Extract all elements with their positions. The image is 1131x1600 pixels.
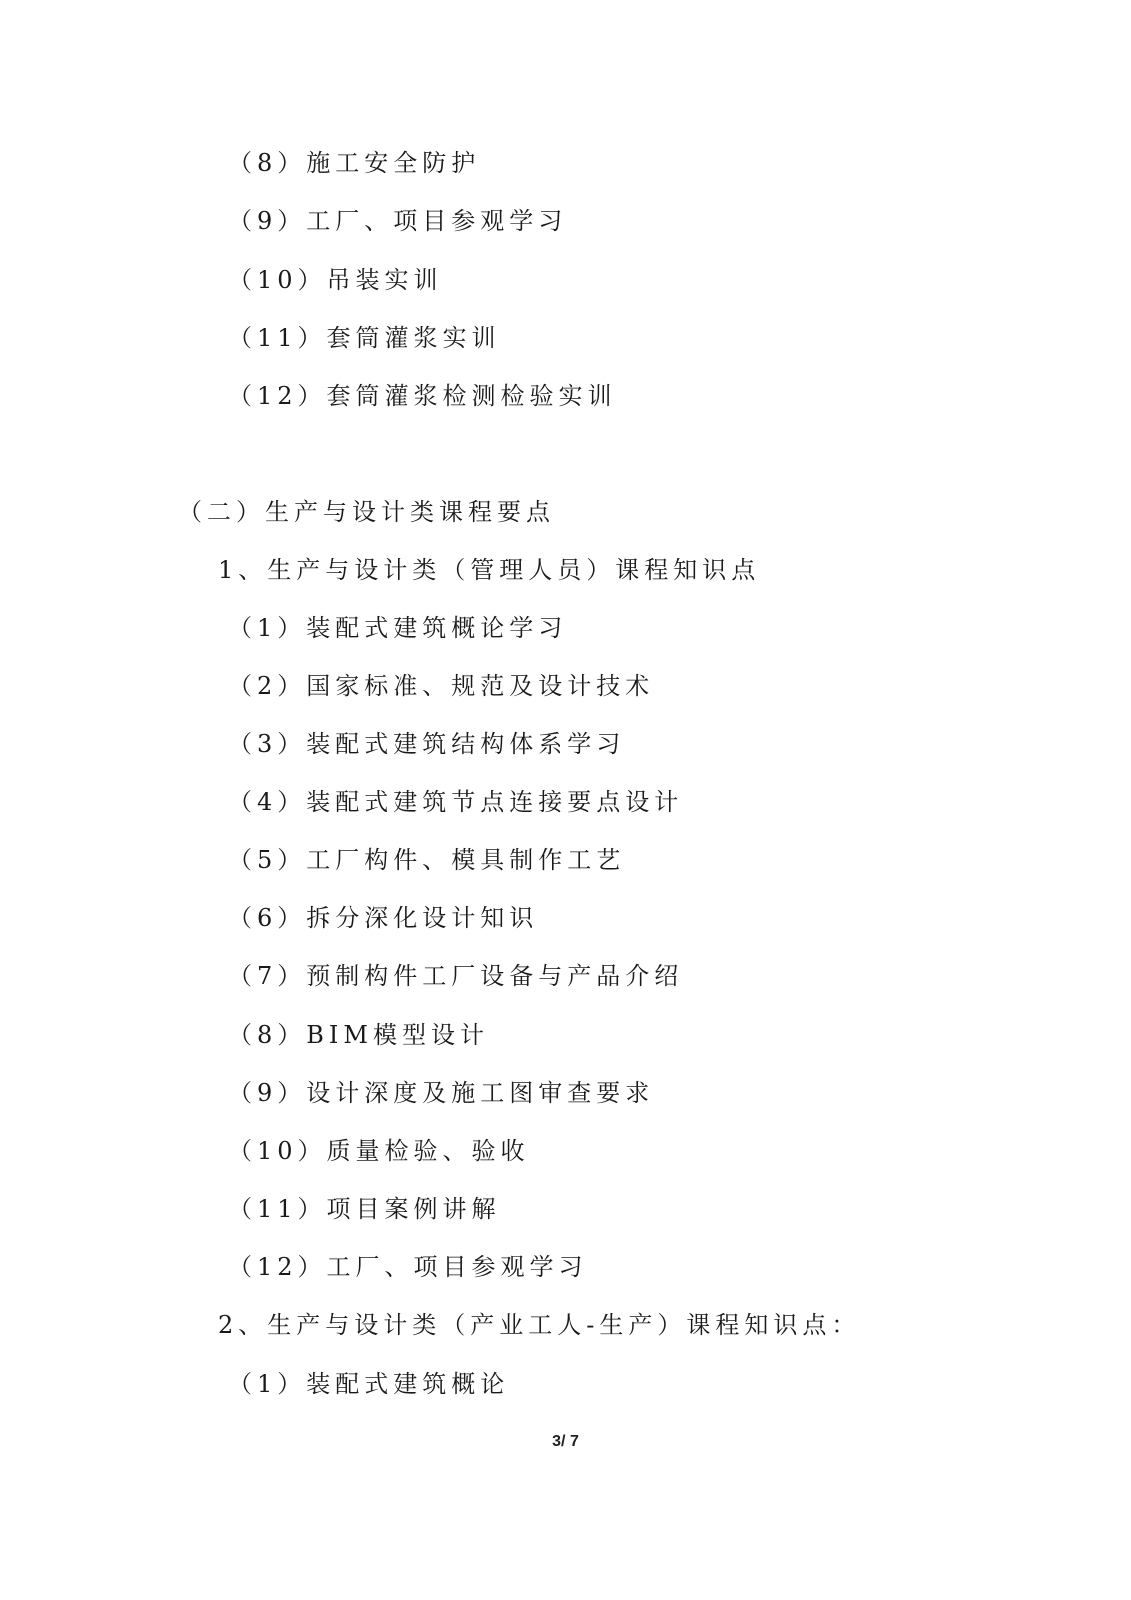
list-item: （6）拆分深化设计知识 xyxy=(228,903,538,933)
list-item: （8）施工安全防护 xyxy=(228,148,480,178)
list-item: （4）装配式建筑节点连接要点设计 xyxy=(228,787,683,817)
list-item: （7）预制构件工厂设备与产品介绍 xyxy=(228,961,683,991)
list-item: （9）工厂、项目参观学习 xyxy=(228,206,567,236)
list-item: （1）装配式建筑概论 xyxy=(228,1369,509,1399)
list-item: （10）吊装实训 xyxy=(228,265,443,295)
list-item: （3）装配式建筑结构体系学习 xyxy=(228,729,625,759)
list-item: （1）装配式建筑概论学习 xyxy=(228,613,567,643)
list-item: （12）工厂、项目参观学习 xyxy=(228,1252,588,1282)
subsection-title: 2、生产与设计类（产业工人-生产）课程知识点： xyxy=(218,1310,860,1340)
list-item: （12）套筒灌浆检测检验实训 xyxy=(228,381,617,411)
list-item: （10）质量检验、验收 xyxy=(228,1136,530,1166)
section-heading: （二）生产与设计类课程要点 xyxy=(178,497,555,527)
list-item: （11）项目案例讲解 xyxy=(228,1194,501,1224)
list-item: （11）套筒灌浆实训 xyxy=(228,323,501,353)
list-item: （5）工厂构件、模具制作工艺 xyxy=(228,845,625,875)
list-item: （9）设计深度及施工图审查要求 xyxy=(228,1078,654,1108)
subsection-title: 1、生产与设计类（管理人员）课程知识点 xyxy=(218,555,760,585)
list-item: （8）BIM模型设计 xyxy=(228,1020,489,1050)
list-item: （2）国家标准、规范及设计技术 xyxy=(228,671,654,701)
page-number: 3/ 7 xyxy=(0,1433,1131,1451)
